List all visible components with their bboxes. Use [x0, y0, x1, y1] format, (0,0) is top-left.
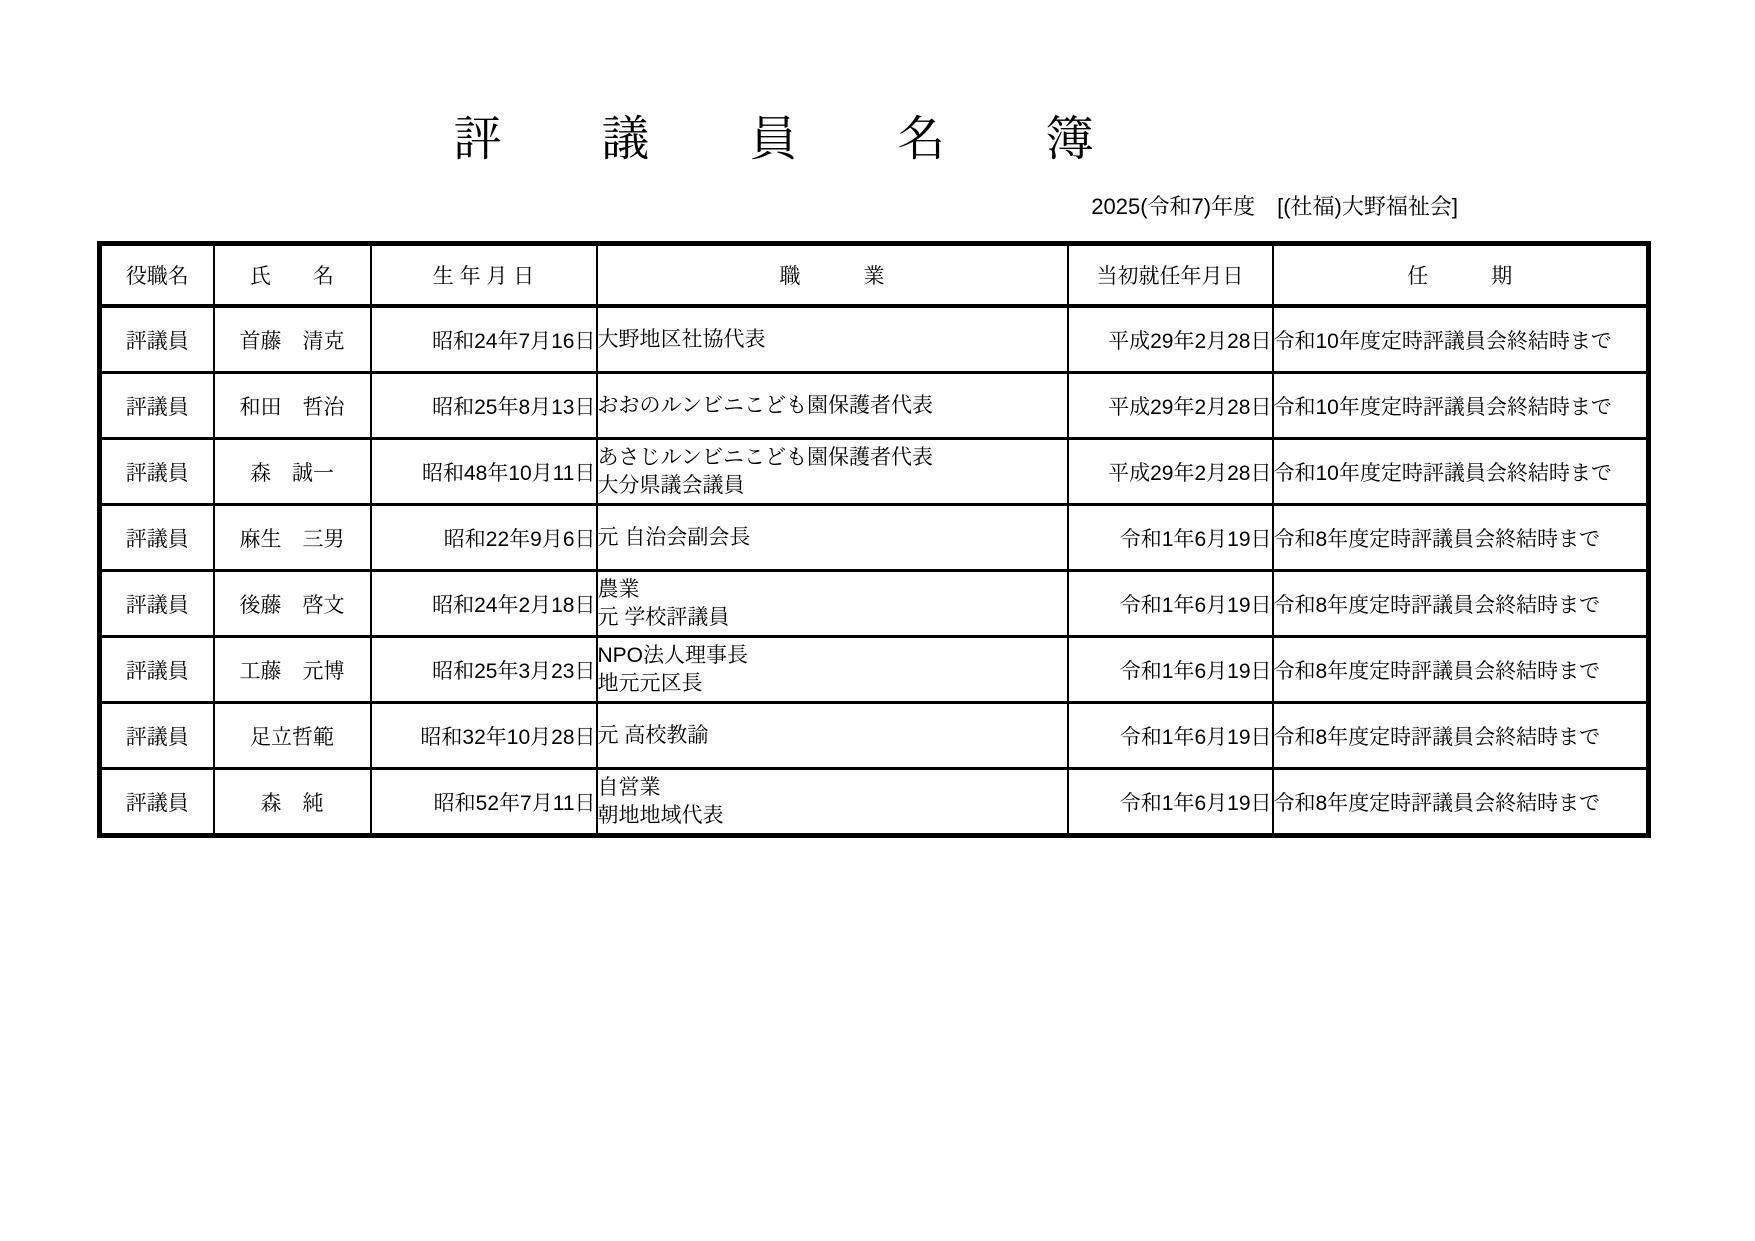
document-body: 評 議 員 名 簿 2025(令和7)年度 [(社福)大野福祉会] 役職名 氏 …	[97, 0, 1646, 838]
cell-birthdate: 昭和24年2月18日	[371, 571, 597, 637]
cell-term: 令和10年度定時評議員会終結時まで	[1273, 439, 1649, 505]
cell-term: 令和10年度定時評議員会終結時まで	[1273, 306, 1649, 373]
cell-term: 令和8年度定時評議員会終結時まで	[1273, 769, 1649, 836]
cell-name: 麻生 三男	[214, 505, 371, 571]
cell-name: 森 誠一	[214, 439, 371, 505]
cell-position: 評議員	[100, 439, 214, 505]
cell-occupation: 自営業 朝地地域代表	[597, 769, 1068, 836]
cell-birthdate: 昭和25年8月13日	[371, 373, 597, 439]
cell-birthdate: 昭和32年10月28日	[371, 703, 597, 769]
cell-position: 評議員	[100, 703, 214, 769]
cell-birthdate: 昭和25年3月23日	[371, 637, 597, 703]
cell-appointed: 令和1年6月19日	[1068, 769, 1273, 836]
cell-appointed: 令和1年6月19日	[1068, 637, 1273, 703]
header-term: 任 期	[1273, 244, 1649, 307]
cell-occupation: 元 高校教諭	[597, 703, 1068, 769]
document-page: 評 議 員 名 簿 2025(令和7)年度 [(社福)大野福祉会] 役職名 氏 …	[0, 0, 1755, 1241]
table-row: 評議員 森 誠一 昭和48年10月11日 あさじルンビニこども園保護者代表 大分…	[100, 439, 1649, 505]
cell-appointed: 平成29年2月28日	[1068, 306, 1273, 373]
table-row: 評議員 工藤 元博 昭和25年3月23日 NPO法人理事長 地元元区長 令和1年…	[100, 637, 1649, 703]
header-position: 役職名	[100, 244, 214, 307]
cell-name: 後藤 啓文	[214, 571, 371, 637]
cell-appointed: 令和1年6月19日	[1068, 703, 1273, 769]
cell-occupation: あさじルンビニこども園保護者代表 大分県議会議員	[597, 439, 1068, 505]
header-birthdate: 生 年 月 日	[371, 244, 597, 307]
cell-term: 令和8年度定時評議員会終結時まで	[1273, 703, 1649, 769]
table-row: 評議員 足立哲範 昭和32年10月28日 元 高校教諭 令和1年6月19日 令和…	[100, 703, 1649, 769]
cell-birthdate: 昭和22年9月6日	[371, 505, 597, 571]
table-header-row: 役職名 氏 名 生 年 月 日 職 業 当初就任年月日 任 期	[100, 244, 1649, 307]
cell-name: 足立哲範	[214, 703, 371, 769]
cell-name: 森 純	[214, 769, 371, 836]
header-occupation: 職 業	[597, 244, 1068, 307]
cell-term: 令和8年度定時評議員会終結時まで	[1273, 505, 1649, 571]
table-row: 評議員 森 純 昭和52年7月11日 自営業 朝地地域代表 令和1年6月19日 …	[100, 769, 1649, 836]
cell-occupation: 元 自治会副会長	[597, 505, 1068, 571]
cell-name: 工藤 元博	[214, 637, 371, 703]
cell-position: 評議員	[100, 769, 214, 836]
header-name: 氏 名	[214, 244, 371, 307]
table-row: 評議員 首藤 清克 昭和24年7月16日 大野地区社協代表 平成29年2月28日…	[100, 306, 1649, 373]
header-appointed: 当初就任年月日	[1068, 244, 1273, 307]
cell-position: 評議員	[100, 306, 214, 373]
cell-name: 首藤 清克	[214, 306, 371, 373]
cell-term: 令和8年度定時評議員会終結時まで	[1273, 637, 1649, 703]
cell-position: 評議員	[100, 505, 214, 571]
cell-position: 評議員	[100, 373, 214, 439]
cell-appointed: 令和1年6月19日	[1068, 571, 1273, 637]
cell-appointed: 平成29年2月28日	[1068, 373, 1273, 439]
cell-name: 和田 哲治	[214, 373, 371, 439]
cell-birthdate: 昭和24年7月16日	[371, 306, 597, 373]
cell-birthdate: 昭和52年7月11日	[371, 769, 597, 836]
council-member-table: 役職名 氏 名 生 年 月 日 職 業 当初就任年月日 任 期 評議員 首藤 清…	[97, 241, 1651, 838]
cell-term: 令和10年度定時評議員会終結時まで	[1273, 373, 1649, 439]
cell-appointed: 令和1年6月19日	[1068, 505, 1273, 571]
cell-occupation: 大野地区社協代表	[597, 306, 1068, 373]
cell-position: 評議員	[100, 637, 214, 703]
cell-appointed: 平成29年2月28日	[1068, 439, 1273, 505]
cell-term: 令和8年度定時評議員会終結時まで	[1273, 571, 1649, 637]
table-row: 評議員 和田 哲治 昭和25年8月13日 おおのルンビニこども園保護者代表 平成…	[100, 373, 1649, 439]
cell-birthdate: 昭和48年10月11日	[371, 439, 597, 505]
fiscal-year-subtitle: 2025(令和7)年度 [(社福)大野福祉会]	[97, 195, 1646, 219]
cell-position: 評議員	[100, 571, 214, 637]
table-row: 評議員 後藤 啓文 昭和24年2月18日 農業 元 学校評議員 令和1年6月19…	[100, 571, 1649, 637]
cell-occupation: 農業 元 学校評議員	[597, 571, 1068, 637]
cell-occupation: NPO法人理事長 地元元区長	[597, 637, 1068, 703]
page-title: 評 議 員 名 簿	[12, 112, 1561, 167]
table-row: 評議員 麻生 三男 昭和22年9月6日 元 自治会副会長 令和1年6月19日 令…	[100, 505, 1649, 571]
cell-occupation: おおのルンビニこども園保護者代表	[597, 373, 1068, 439]
